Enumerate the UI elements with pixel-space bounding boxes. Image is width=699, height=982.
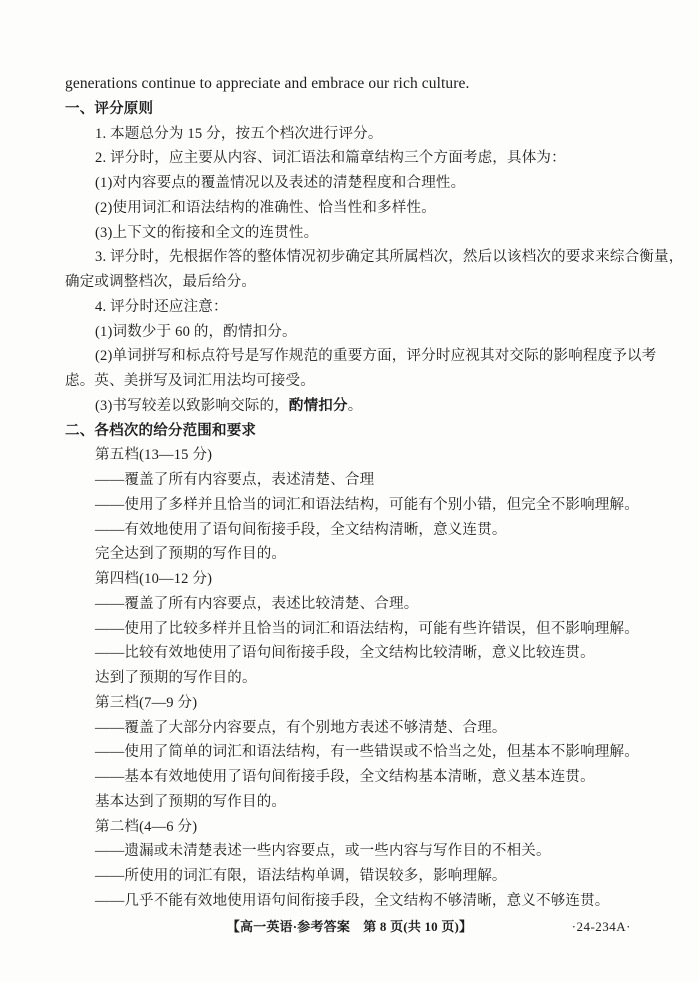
band4-conclusion: 达到了预期的写作目的。 — [65, 666, 648, 691]
band4-heading: 第四档(10—12 分) — [65, 567, 648, 592]
page-footer: 【高一英语·参考答案 第 8 页(共 10 页)】 ·24-234A· — [0, 914, 699, 940]
principle-aspects: 2. 评分时，应主要从内容、词汇语法和篇章结构三个方面考虑，具体为： — [65, 146, 648, 171]
principle-aspect-content: (1)对内容要点的覆盖情况以及表述的清楚程度和合理性。 — [65, 171, 648, 196]
principle-band-decision-1: 3. 评分时，先根据作答的整体情况初步确定其所属档次，然后以该档次的要求来综合衡… — [65, 245, 648, 270]
band3-bullet-cohesion: ——基本有效地使用了语句间衔接手段，全文结构基本清晰，意义基本连贯。 — [65, 765, 648, 790]
note-handwriting-prefix: (3)书写较差以致影响交际的， — [95, 398, 289, 414]
band2-bullet-vocab: ——所使用的词汇有限，语法结构单调，错误较多，影响理解。 — [65, 864, 648, 889]
band3-conclusion: 基本达到了预期的写作目的。 — [65, 790, 648, 815]
band3-bullet-vocab: ——使用了简单的词汇和语法结构，有一些错误或不恰当之处，但基本不影响理解。 — [65, 740, 648, 765]
note-handwriting-emphasis: 酌情扣分 — [289, 398, 348, 414]
band3-bullet-content: ——覆盖了大部分内容要点，有个别地方表述不够清楚、合理。 — [65, 716, 648, 741]
band5-bullet-content: ——覆盖了所有内容要点，表述清楚、合理 — [65, 468, 648, 493]
band5-conclusion: 完全达到了预期的写作目的。 — [65, 542, 648, 567]
band4-bullet-cohesion: ——比较有效地使用了语句间衔接手段，全文结构比较清晰，意义比较连贯。 — [65, 641, 648, 666]
principle-band-decision-2: 确定或调整档次，最后给分。 — [65, 270, 648, 295]
band4-bullet-vocab: ——使用了比较多样并且恰当的词汇和语法结构，可能有些许错误，但不影响理解。 — [65, 617, 648, 642]
essay-closing-line: generations continue to appreciate and e… — [65, 72, 648, 97]
note-spelling-1: (2)单词拼写和标点符号是写作规范的重要方面，评分时应视其对交际的影响程度予以考 — [65, 344, 648, 369]
principle-total-score: 1. 本题总分为 15 分，按五个档次进行评分。 — [65, 122, 648, 147]
heading-band-ranges: 二、各档次的给分范围和要求 — [65, 419, 648, 444]
heading-scoring-principles: 一、评分原则 — [65, 97, 648, 122]
principle-notes-heading: 4. 评分时还应注意： — [65, 295, 648, 320]
band2-bullet-cohesion: ——几乎不能有效地使用语句间衔接手段，全文结构不够清晰，意义不够连贯。 — [65, 889, 648, 914]
note-word-count: (1)词数少于 60 的，酌情扣分。 — [65, 320, 648, 345]
page-content: generations continue to appreciate and e… — [65, 72, 648, 914]
band2-heading: 第二档(4—6 分) — [65, 815, 648, 840]
note-handwriting-suffix: 。 — [348, 398, 363, 414]
band3-heading: 第三档(7—9 分) — [65, 691, 648, 716]
footer-paper-code: ·24-234A· — [572, 914, 631, 940]
band2-bullet-content: ——遗漏或未清楚表述一些内容要点，或一些内容与写作目的不相关。 — [65, 839, 648, 864]
note-handwriting: (3)书写较差以致影响交际的，酌情扣分。 — [65, 394, 648, 419]
band5-bullet-cohesion: ——有效地使用了语句间衔接手段，全文结构清晰，意义连贯。 — [65, 518, 648, 543]
principle-aspect-cohesion: (3)上下文的衔接和全文的连贯性。 — [65, 221, 648, 246]
note-spelling-2: 虑。英、美拼写及词汇用法均可接受。 — [65, 369, 648, 394]
band5-bullet-vocab: ——使用了多样并且恰当的词汇和语法结构，可能有个别小错，但完全不影响理解。 — [65, 493, 648, 518]
answer-key-page: generations continue to appreciate and e… — [0, 0, 699, 982]
band4-bullet-content: ——覆盖了所有内容要点，表述比较清楚、合理。 — [65, 592, 648, 617]
principle-aspect-vocab: (2)使用词汇和语法结构的准确性、恰当性和多样性。 — [65, 196, 648, 221]
band5-heading: 第五档(13—15 分) — [65, 443, 648, 468]
